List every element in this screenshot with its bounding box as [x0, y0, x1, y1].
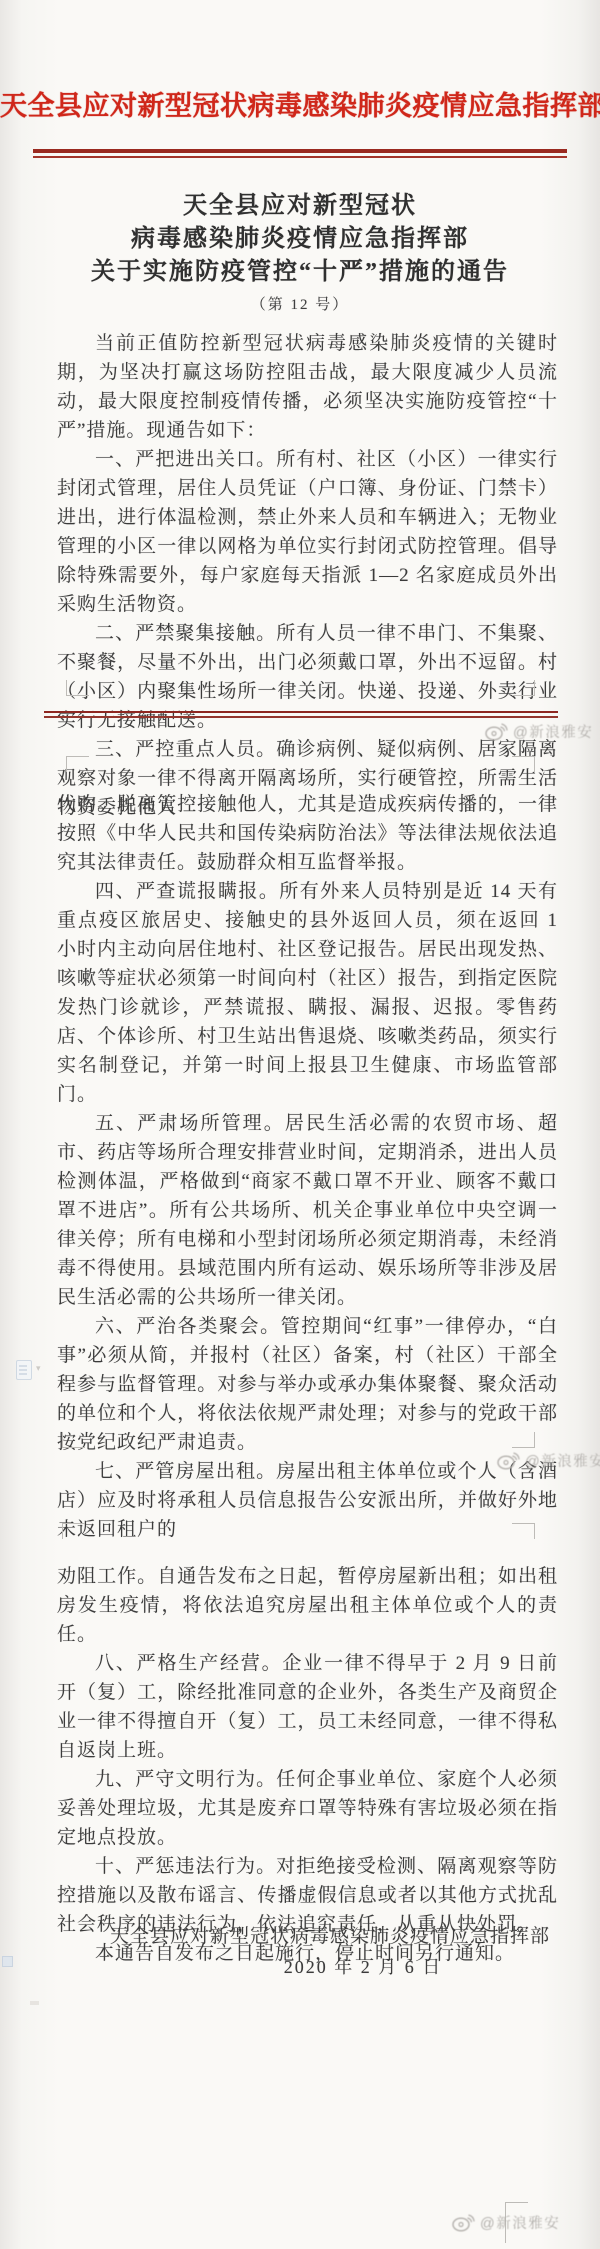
measure-6-paragraph: 六、严治各类聚会。管控期间“红事”一律停办，“白事”必须从简，并报村（社区）备案… [57, 1312, 558, 1457]
page3-top-left-corner-mark [62, 1523, 85, 1539]
letterhead-banner: 天全县应对新型冠状病毒感染肺炎疫情应急指挥部 [0, 84, 600, 123]
page-edge-red-rule [44, 711, 558, 718]
page1-bottom-left-corner-mark [66, 680, 89, 696]
measure-8-paragraph: 八、严格生产经营。企业一律不得早于 2 月 9 日前开（复）工，除经批准同意的企… [57, 1649, 558, 1765]
watermark-3: @新浪雅安 [452, 2212, 560, 2233]
issuer-signature: 天全县应对新型冠状病毒感染肺炎疫情应急指挥部 [110, 1921, 550, 1948]
intro-paragraph: 当前正值防控新型冠状病毒感染肺炎疫情的关键时期，为坚决打赢这场防控阻击战，最大限… [57, 329, 558, 445]
watermark-handle: @新浪雅安 [480, 2212, 560, 2233]
notice-title-line2: 病毒感染肺炎疫情应急指挥部 [0, 223, 600, 256]
measure-7-paragraph-part2: 劝阻工作。自通告发布之日起，暂停房屋新出租；如出租房发生疫情，将依法追究房屋出租… [57, 1562, 558, 1649]
faint-smudge-mark [30, 2001, 39, 2005]
watermark-handle: @新浪雅安 [525, 1450, 600, 1471]
scanned-notice-photo: { "header": { "banner": "天全县应对新型冠状病毒感染肺炎… [0, 0, 600, 2249]
measure-9-paragraph: 九、严守文明行为。任何企事业单位、家庭个人必须妥善处理垃圾，尤其是废弃口罩等特殊… [57, 1765, 558, 1852]
page1-bottom-right-corner-mark [512, 680, 535, 696]
measure-4-paragraph: 四、严查谎报瞒报。所有外来人员特别是近 14 天有重点疫区旅居史、接触史的县外返… [57, 877, 558, 1109]
page3-top-right-corner-mark [512, 1523, 535, 1539]
page2-top-left-corner-mark [66, 756, 89, 772]
measure-1-paragraph: 一、严把进出关口。所有村、社区（小区）一律实行封闭式管理，居住人员凭证（户口簿、… [57, 445, 558, 619]
faint-caret-icon: ▾ [36, 1364, 41, 1374]
page-1-body: 当前正值防控新型冠状病毒感染肺炎疫情的关键时期，为坚决打赢这场防控阻击战，最大限… [57, 329, 558, 822]
faint-copy-page-icon [16, 1360, 32, 1380]
notice-title-line1: 天全县应对新型冠状 [0, 190, 600, 223]
watermark-1: @新浪雅安 [485, 721, 593, 742]
page2-bottom-right-corner-mark [512, 1432, 535, 1448]
weibo-icon [497, 1451, 520, 1470]
page2-top-right-corner-mark [512, 756, 535, 772]
issue-date: 2020 年 2 月 6 日 [258, 1953, 468, 1979]
measure-3-paragraph-part2: 代购。脱离管控接触他人，尤其是造成疾病传播的，一律按照《中华人民共和国传染病防治… [57, 790, 558, 877]
page-3-body: 劝阻工作。自通告发布之日起，暂停房屋新出租；如出租房发生疫情，将依法追究房屋出租… [57, 1562, 558, 1968]
faint-blue-square-mark [2, 1956, 13, 1967]
notice-title: 天全县应对新型冠状 病毒感染肺炎疫情应急指挥部 关于实施防疫管控“十严”措施的通… [0, 190, 600, 289]
doc-number: （第 12 号） [0, 293, 600, 314]
watermark-handle: @新浪雅安 [513, 721, 593, 742]
page2-bottom-left-corner-mark [62, 1432, 85, 1448]
page-2-body: 代购。脱离管控接触他人，尤其是造成疾病传播的，一律按照《中华人民共和国传染病防治… [57, 790, 558, 1544]
letterhead-rule [33, 149, 567, 158]
measure-5-paragraph: 五、严肃场所管理。居民生活必需的农贸市场、超市、药店等场所合理安排营业时间，定期… [57, 1109, 558, 1312]
notice-title-line3: 关于实施防疫管控“十严”措施的通告 [0, 256, 600, 289]
measure-7-paragraph-part1: 七、严管房屋出租。房屋出租主体单位或个人（含酒店）应及时将承租人员信息报告公安派… [57, 1457, 558, 1544]
weibo-icon [452, 2213, 475, 2232]
weibo-icon [485, 722, 508, 741]
watermark-2: @新浪雅安 [497, 1450, 600, 1471]
